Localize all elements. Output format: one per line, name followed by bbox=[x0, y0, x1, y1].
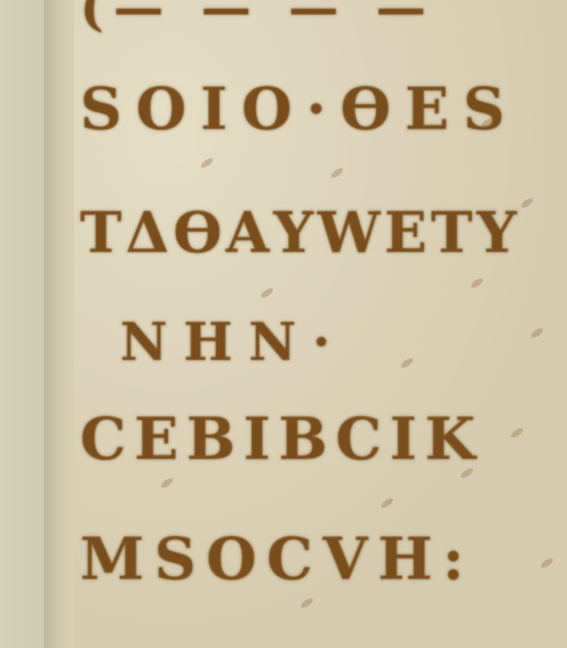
text-line: ΤΔϴΑΥWΕΤΥ bbox=[80, 200, 521, 266]
left-margin bbox=[0, 0, 44, 648]
text-line: CΕΒΙΒCΙΚ bbox=[80, 405, 483, 473]
text-line: (— — — — bbox=[80, 0, 436, 37]
manuscript-fragment: (— — — — SOIO·ϴES ΤΔϴΑΥWΕΤΥ NHN· CΕΒΙΒCΙ… bbox=[0, 0, 567, 648]
text-line: NHN· bbox=[120, 312, 346, 373]
page-fold bbox=[44, 0, 74, 648]
text-line: SOIO·ϴES bbox=[80, 75, 519, 143]
text-line: MSOCVH: bbox=[80, 525, 474, 593]
